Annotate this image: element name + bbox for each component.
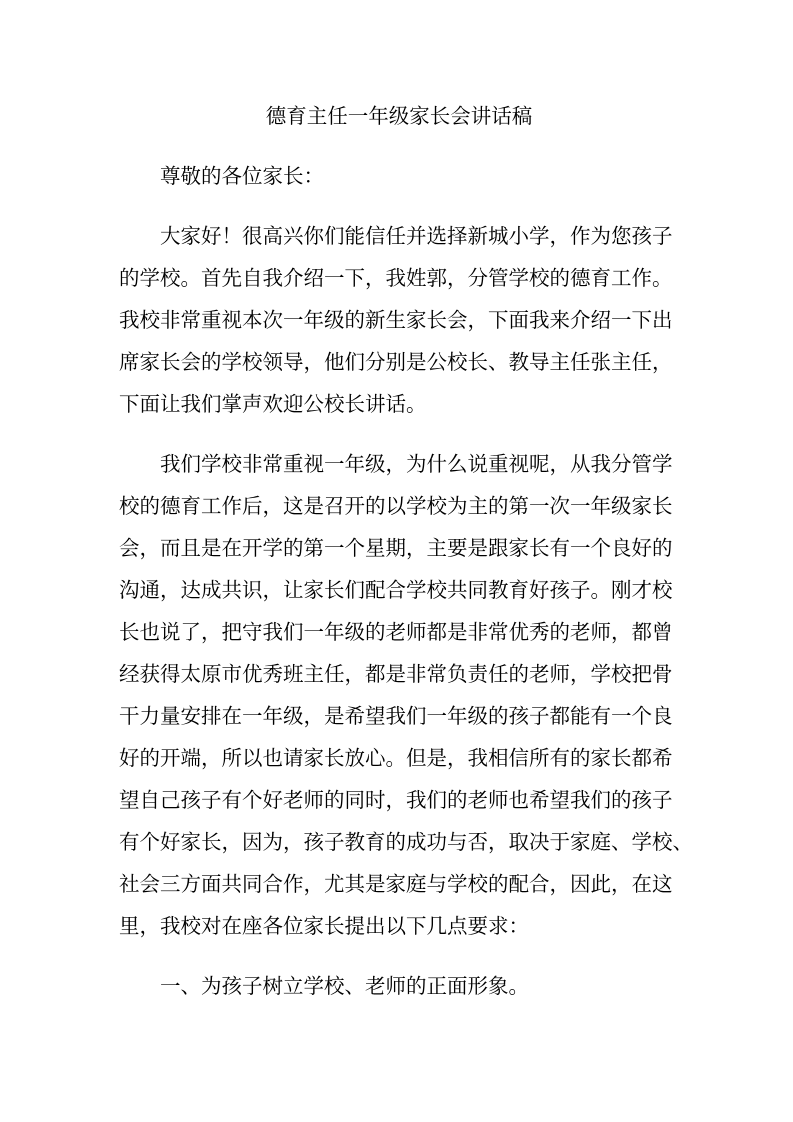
text-line: 沟通，达成共识，让家长们配合学校共同教育好孩子。刚才校: [119, 570, 679, 612]
text-line: 下面让我们掌声欢迎公校长讲话。: [119, 384, 679, 426]
text-line: 经获得太原市优秀班主任，都是非常负责任的老师，学校把骨: [119, 654, 679, 696]
salutation: 尊敬的各位家长：: [119, 156, 679, 198]
document-title: 德育主任一年级家长会讲话稿: [119, 96, 679, 138]
text-line: 里，我校对在座各位家长提出以下几点要求：: [119, 906, 679, 948]
text-line: 有个好家长，因为，孩子教育的成功与否，取决于家庭、学校、: [119, 822, 679, 864]
text-line: 望自己孩子有个好老师的同时，我们的老师也希望我们的孩子: [119, 780, 679, 822]
text-line: 社会三方面共同合作，尤其是家庭与学校的配合，因此，在这: [119, 864, 679, 906]
text-line: 我们学校非常重视一年级，为什么说重视呢，从我分管学: [119, 444, 679, 486]
paragraph-main: 我们学校非常重视一年级，为什么说重视呢，从我分管学校的德育工作后，这是召开的以学…: [119, 444, 679, 948]
document-page: 德育主任一年级家长会讲话稿 尊敬的各位家长：大家好！很高兴你们能信任并选择新城小…: [0, 0, 793, 1122]
text-line: 尊敬的各位家长：: [119, 156, 679, 198]
text-line: 大家好！很高兴你们能信任并选择新城小学，作为您孩子: [119, 216, 679, 258]
text-line: 校的德育工作后，这是召开的以学校为主的第一次一年级家长: [119, 486, 679, 528]
document-body: 尊敬的各位家长：大家好！很高兴你们能信任并选择新城小学，作为您孩子的学校。首先自…: [119, 156, 679, 1008]
text-line: 干力量安排在一年级，是希望我们一年级的孩子都能有一个良: [119, 696, 679, 738]
text-line: 我校非常重视本次一年级的新生家长会，下面我来介绍一下出: [119, 300, 679, 342]
paragraph-point-1: 一、为孩子树立学校、老师的正面形象。: [119, 966, 679, 1008]
paragraph-introduction: 大家好！很高兴你们能信任并选择新城小学，作为您孩子的学校。首先自我介绍一下，我姓…: [119, 216, 679, 426]
text-line: 会，而且是在开学的第一个星期，主要是跟家长有一个良好的: [119, 528, 679, 570]
document-content: 德育主任一年级家长会讲话稿 尊敬的各位家长：大家好！很高兴你们能信任并选择新城小…: [119, 96, 679, 1026]
text-line: 一、为孩子树立学校、老师的正面形象。: [119, 966, 679, 1008]
text-line: 好的开端，所以也请家长放心。但是，我相信所有的家长都希: [119, 738, 679, 780]
text-line: 席家长会的学校领导，他们分别是公校长、教导主任张主任，: [119, 342, 679, 384]
text-line: 的学校。首先自我介绍一下，我姓郭，分管学校的德育工作。: [119, 258, 679, 300]
text-line: 长也说了，把守我们一年级的老师都是非常优秀的老师，都曾: [119, 612, 679, 654]
